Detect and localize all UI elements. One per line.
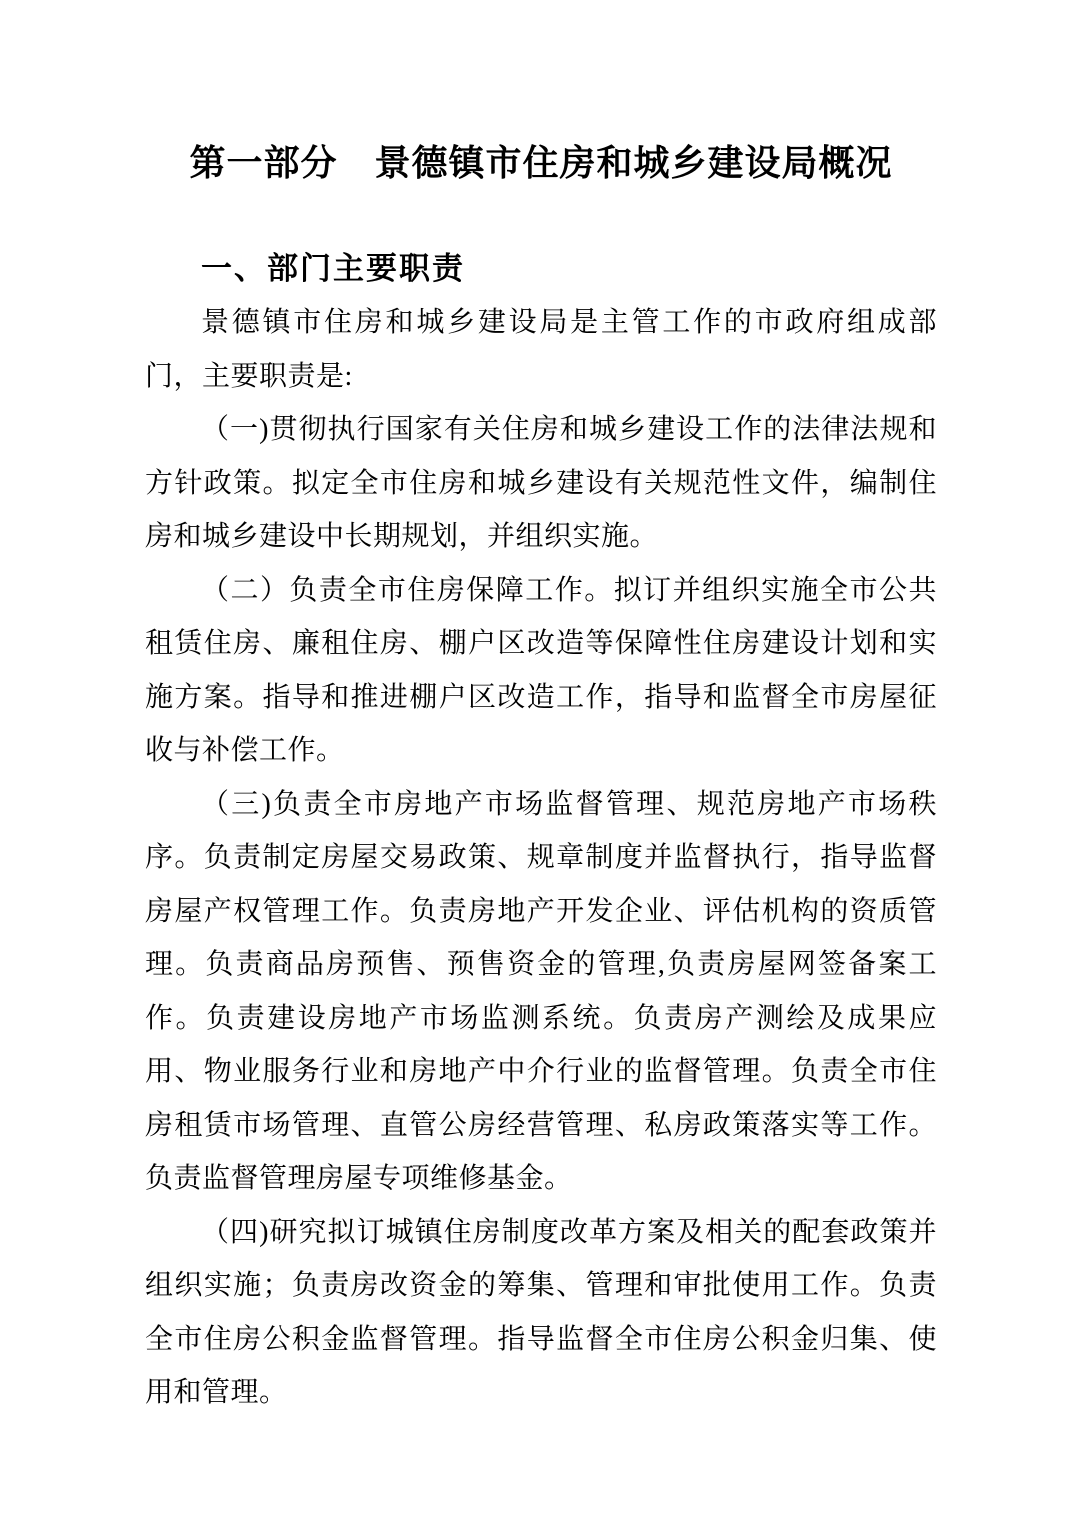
paragraph-duty-2: （二）负责全市住房保障工作。拟订并组织实施全市公共租赁住房、廉租住房、棚户区改造…: [145, 564, 937, 778]
document-title: 第一部分 景德镇市住房和城乡建设局概况: [145, 138, 937, 188]
paragraph-duty-3: （三)负责全市房地产市场监督管理、规范房地产市场秩序。负责制定房屋交易政策、规章…: [145, 778, 937, 1206]
paragraph-duty-1: （一)贯彻执行国家有关住房和城乡建设工作的法律法规和方针政策。拟定全市住房和城乡…: [145, 403, 937, 564]
document-page: 第一部分 景德镇市住房和城乡建设局概况 一、部门主要职责 景德镇市住房和城乡建设…: [0, 0, 1074, 1520]
paragraph-intro: 景德镇市住房和城乡建设局是主管工作的市政府组成部门，主要职责是:: [145, 296, 937, 403]
paragraph-duty-4: （四)研究拟订城镇住房制度改革方案及相关的配套政策并组织实施；负责房改资金的筹集…: [145, 1206, 937, 1420]
section-heading-main-duties: 一、部门主要职责: [145, 251, 937, 287]
document-body: 景德镇市住房和城乡建设局是主管工作的市政府组成部门，主要职责是: （一)贯彻执行…: [145, 296, 937, 1420]
